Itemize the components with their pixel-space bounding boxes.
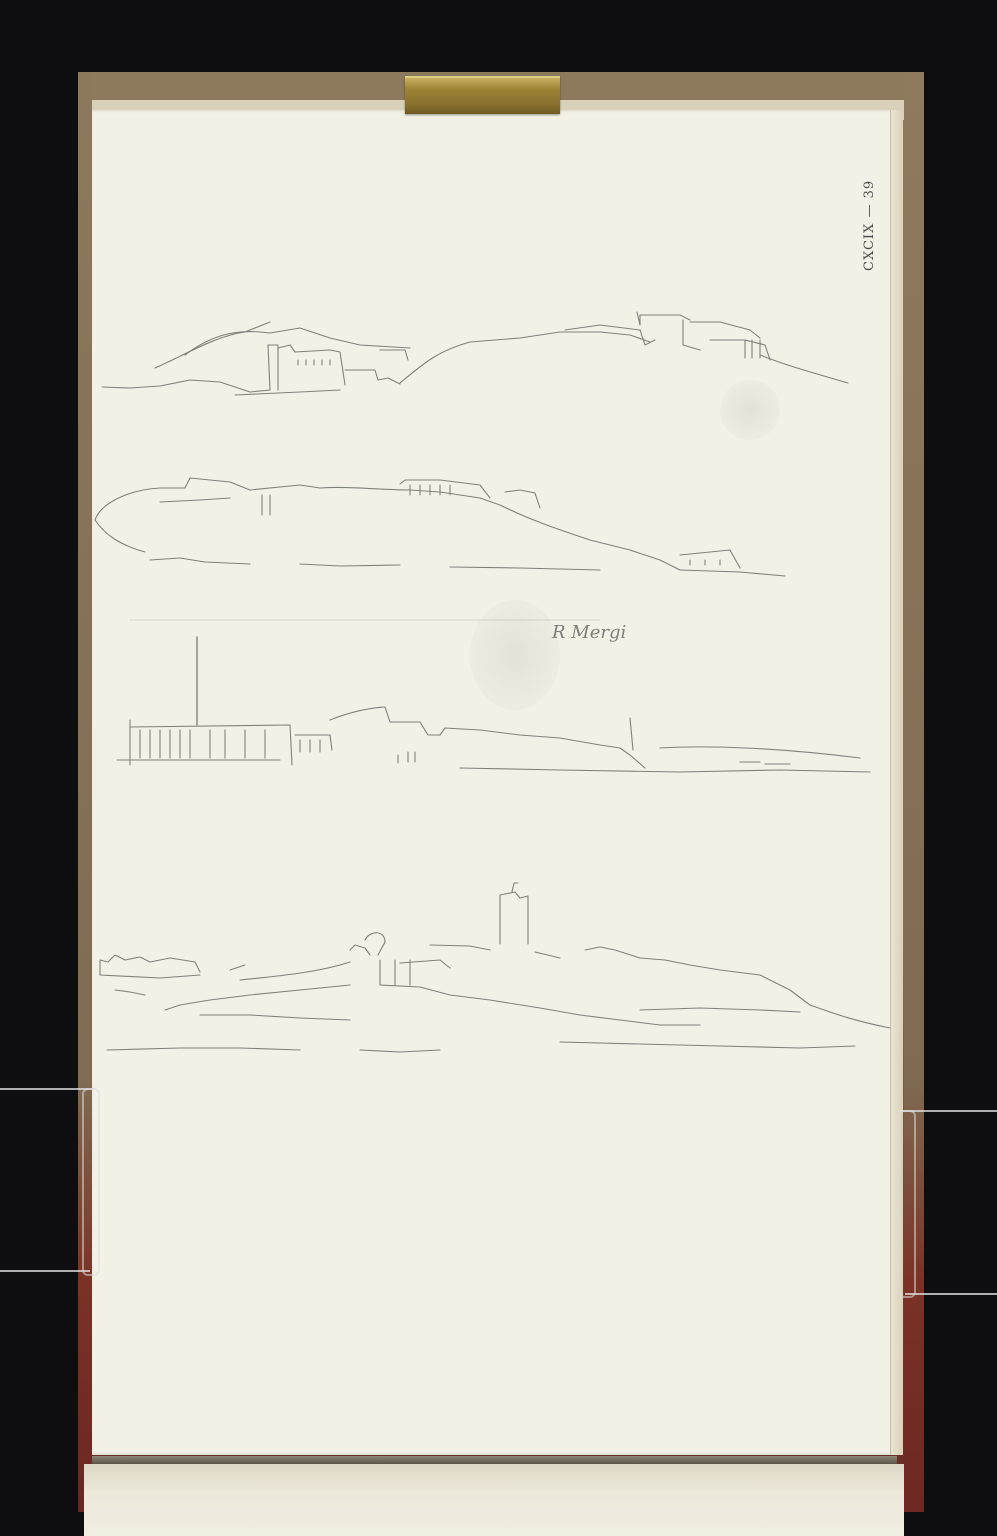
elastic-band-right-bottom bbox=[905, 1293, 997, 1295]
sketchbook-photo: CXCIX — 39 R Mergi bbox=[0, 0, 997, 1536]
elastic-band-left-top bbox=[0, 1088, 95, 1090]
elastic-loop-right bbox=[898, 1110, 916, 1298]
sketch-3-harbour bbox=[117, 620, 870, 772]
sketch-2-promontory bbox=[95, 478, 785, 576]
elastic-loop-left bbox=[82, 1088, 100, 1276]
sketch-4-hilltown bbox=[100, 883, 890, 1052]
sketch-1-headland bbox=[102, 312, 848, 395]
pencil-sketches bbox=[0, 0, 997, 1536]
elastic-band-left-bottom bbox=[0, 1270, 90, 1272]
